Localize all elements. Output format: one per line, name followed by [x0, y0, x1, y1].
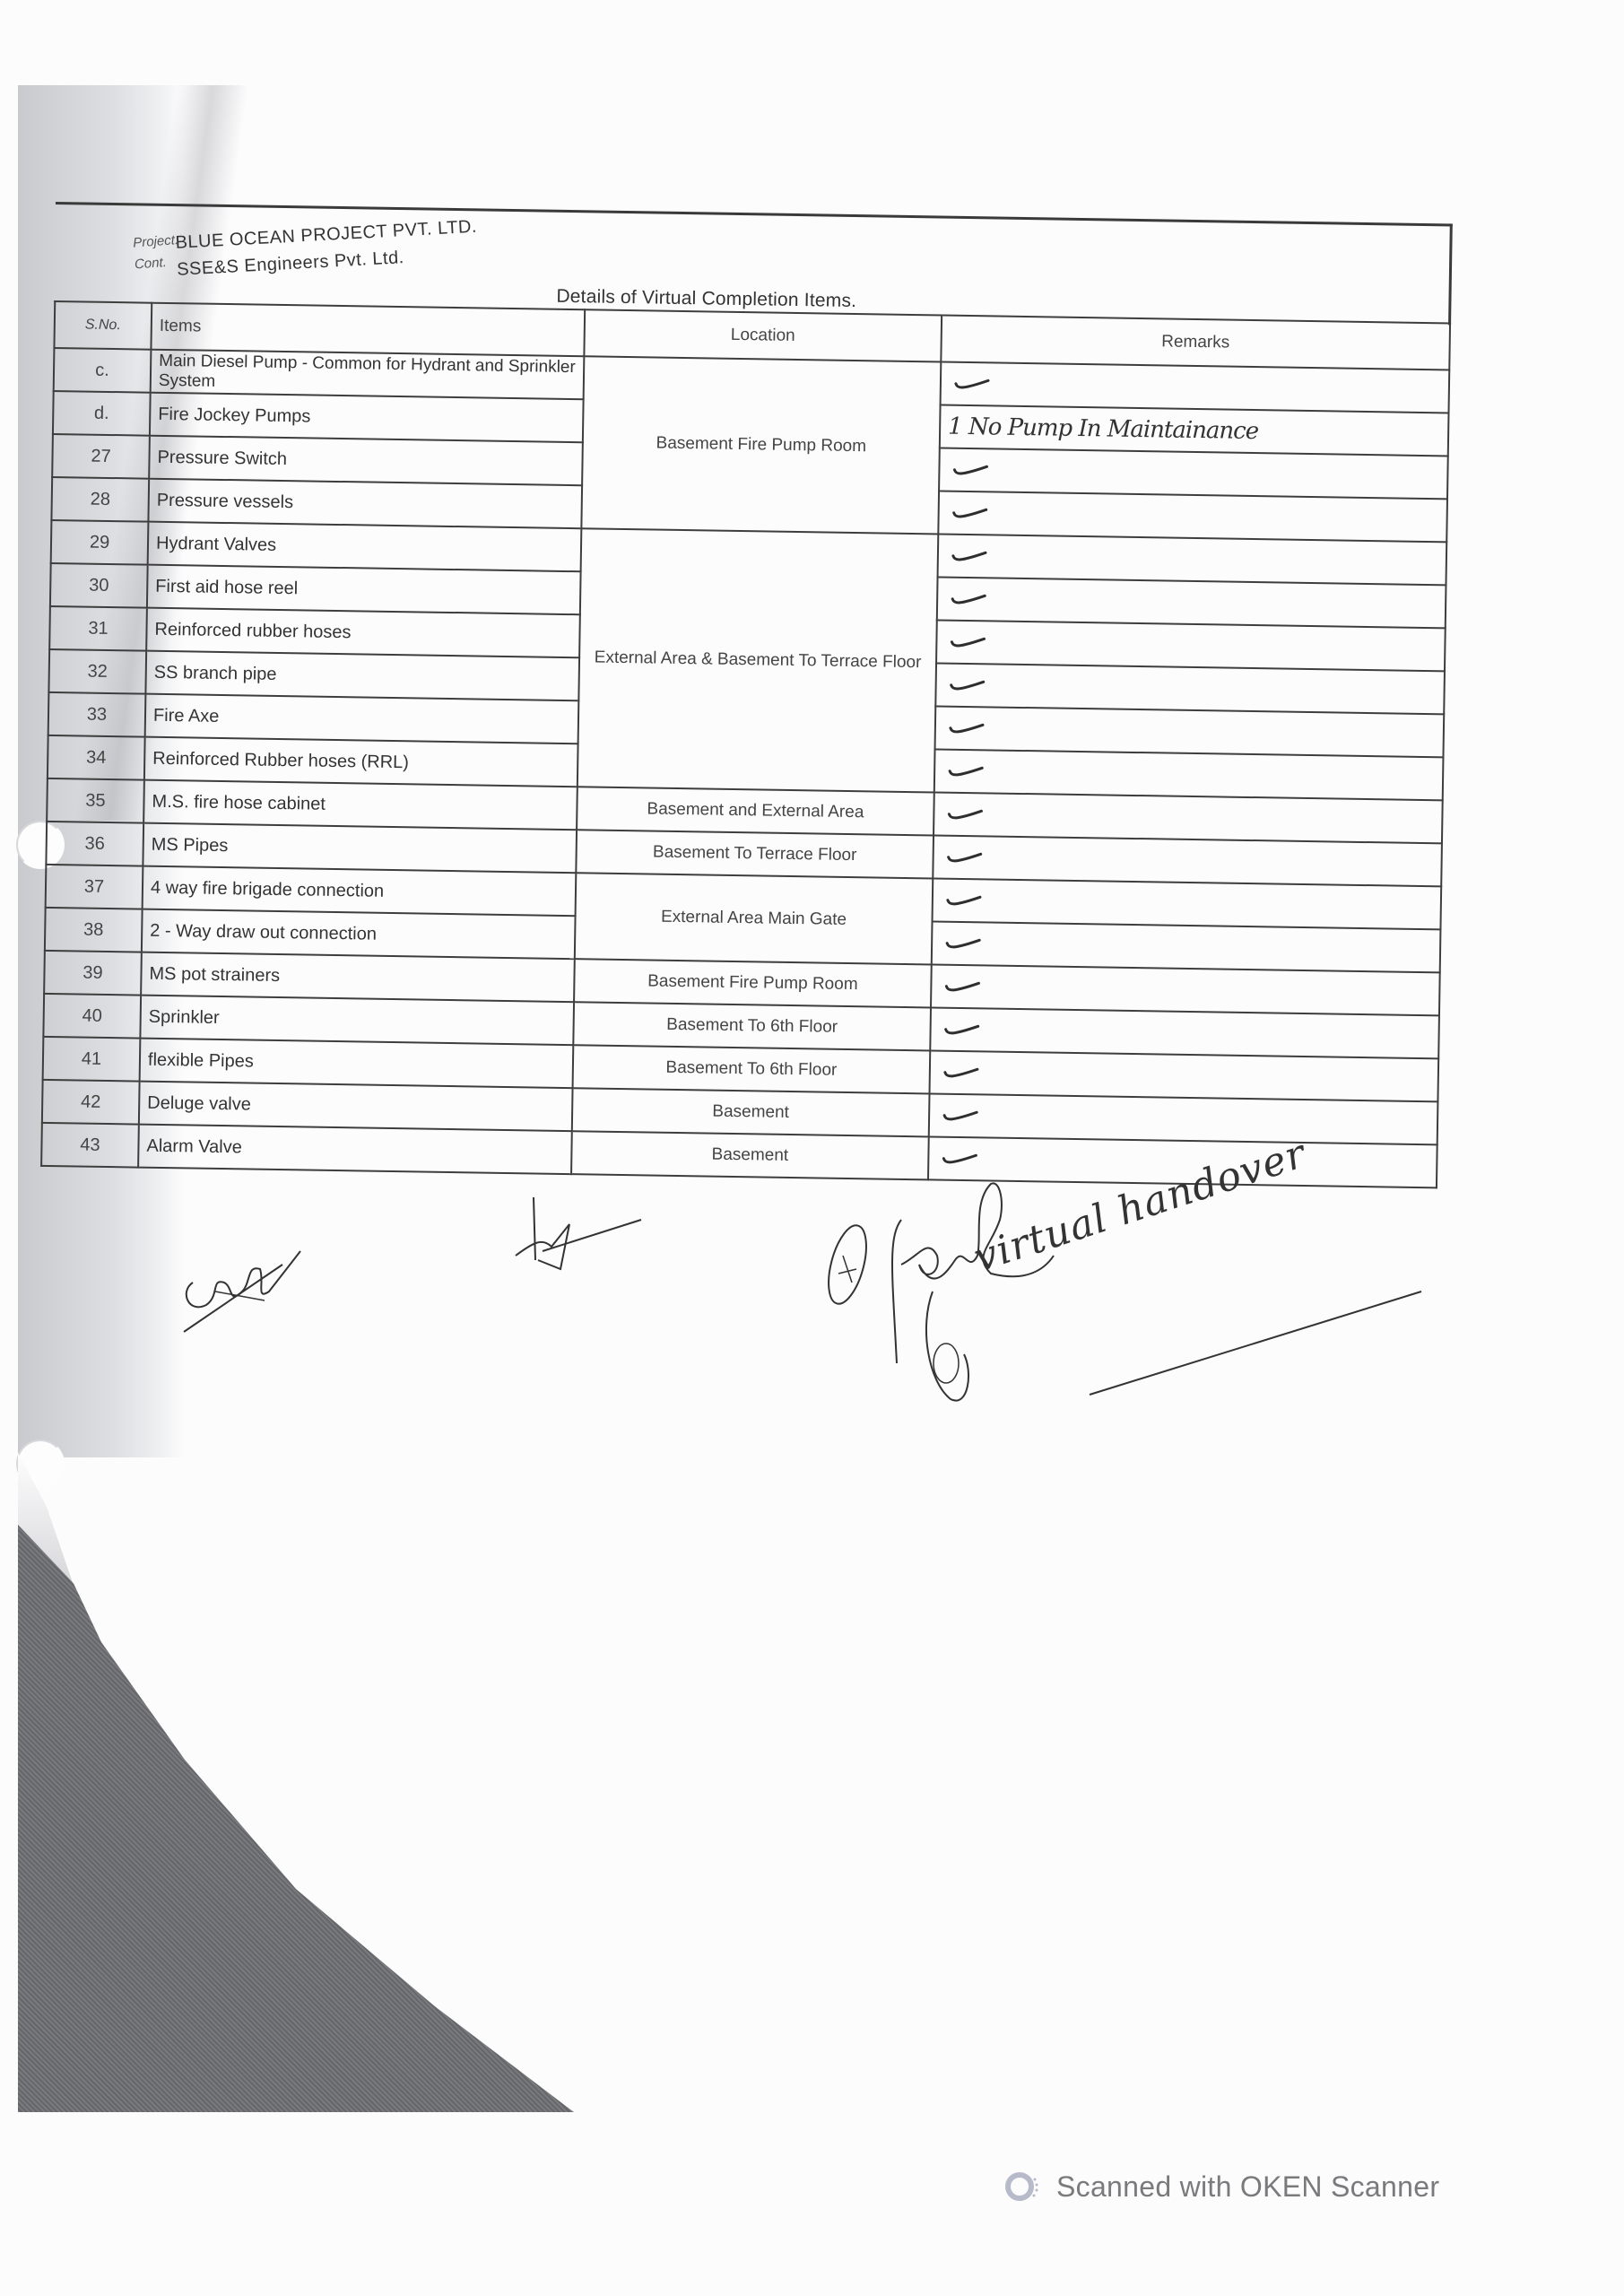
header-location: Location — [584, 309, 942, 361]
row-sno: 41 — [43, 1037, 141, 1082]
row-sno: 38 — [45, 908, 143, 952]
row-sno: 40 — [43, 994, 141, 1039]
row-sno: 33 — [48, 692, 146, 737]
row-location: Basement To Terrace Floor — [576, 830, 934, 878]
checkmark-icon — [951, 591, 986, 604]
row-item: Alarm Valve — [138, 1125, 572, 1175]
header-sno: S.No. — [54, 301, 152, 350]
checkmark-icon — [949, 720, 985, 734]
oken-scanner-logo-icon — [1004, 2169, 1040, 2205]
checkmark-icon — [943, 1065, 979, 1078]
scanner-background-fabric — [18, 1525, 574, 2112]
row-item: Reinforced rubber hoses — [146, 608, 580, 658]
row-item: Hydrant Valves — [148, 522, 582, 572]
row-item: MS Pipes — [143, 823, 577, 874]
row-item: First aid hose reel — [147, 565, 581, 615]
document-sheet: Project. Cont. BLUE OCEAN PROJECT PVT. L… — [39, 202, 1459, 1273]
checkmark-icon — [954, 376, 990, 389]
checkmark-icon — [950, 634, 986, 648]
row-sno: 34 — [48, 735, 145, 780]
row-item: Reinforced Rubber hoses (RRL) — [144, 737, 578, 787]
checkmark-icon — [950, 677, 986, 691]
row-sno: 28 — [51, 477, 149, 522]
row-sno: 32 — [48, 649, 146, 694]
checkmark-icon — [946, 892, 982, 906]
meta-labels: Project. Cont. — [132, 230, 180, 276]
checkmark-icon — [942, 1151, 977, 1164]
row-sno: 29 — [51, 520, 149, 565]
table-body: c.Main Diesel Pump - Common for Hydrant … — [41, 348, 1449, 1187]
signature-1 — [175, 1229, 318, 1350]
row-sno: d. — [53, 391, 151, 436]
row-item: Pressure Switch — [149, 436, 583, 486]
row-item: flexible Pipes — [140, 1039, 574, 1089]
row-item: SS branch pipe — [145, 651, 579, 701]
row-location: Basement — [572, 1088, 930, 1136]
note-underline — [1090, 1274, 1430, 1404]
row-item: 4 way fire brigade connection — [143, 866, 577, 917]
row-location: Basement To 6th Floor — [573, 1045, 931, 1093]
checkmark-icon — [944, 1022, 980, 1035]
row-item: M.S. fire hose cabinet — [143, 780, 578, 831]
row-location: External Area & Basement To Terrace Floo… — [578, 528, 938, 792]
row-sno: 30 — [50, 563, 148, 608]
contractor-label: Cont. — [134, 251, 180, 276]
header-items: Items — [151, 303, 585, 357]
checkmark-icon — [944, 978, 980, 992]
checkmark-icon — [952, 462, 988, 475]
row-location: Basement Fire Pump Room — [574, 959, 932, 1007]
row-location: External Area Main Gate — [575, 873, 933, 964]
row-item: Fire Jockey Pumps — [150, 393, 584, 443]
row-sno: 42 — [42, 1080, 140, 1125]
row-location: Basement — [571, 1131, 929, 1179]
checkmark-icon — [942, 1108, 978, 1121]
row-location: Basement Fire Pump Room — [581, 356, 941, 534]
checkmark-icon — [945, 935, 981, 949]
checkmark-icon — [951, 548, 987, 561]
row-item: Fire Axe — [145, 694, 579, 744]
checkmark-icon — [947, 806, 983, 820]
checkmark-icon — [952, 505, 988, 518]
row-sno: 36 — [46, 822, 143, 866]
scanner-watermark-text: Scanned with OKEN Scanner — [1056, 2170, 1439, 2204]
row-sno: 43 — [41, 1123, 139, 1168]
handwritten-remark: 1 No Pump In Maintainance — [948, 413, 1258, 445]
project-label: Project. — [132, 230, 178, 255]
row-item: Deluge valve — [139, 1082, 573, 1132]
row-location: Basement To 6th Floor — [573, 1002, 931, 1050]
row-location: Basement and External Area — [577, 787, 934, 835]
row-sno: 31 — [49, 606, 147, 651]
signature-2 — [516, 1197, 659, 1300]
row-sno: 27 — [52, 434, 150, 479]
row-item: 2 - Way draw out connection — [142, 909, 576, 960]
meta-values: BLUE OCEAN PROJECT PVT. LTD. SSE&S Engin… — [175, 213, 479, 283]
checkmark-icon — [947, 849, 983, 863]
row-sno: 39 — [44, 951, 142, 996]
completion-items-table: S.No. Items Location Remarks c.Main Dies… — [40, 300, 1451, 1188]
row-item: Pressure vessels — [148, 479, 582, 529]
row-sno: 37 — [46, 865, 143, 909]
row-item: MS pot strainers — [141, 952, 575, 1003]
header-remarks: Remarks — [941, 316, 1450, 370]
checkmark-icon — [948, 763, 984, 777]
scanner-watermark: Scanned with OKEN Scanner — [1004, 2169, 1439, 2205]
row-sno: c. — [54, 348, 152, 393]
row-item: Sprinkler — [140, 996, 574, 1046]
row-sno: 35 — [47, 778, 144, 823]
row-item: Main Diesel Pump - Common for Hydrant an… — [151, 350, 585, 400]
